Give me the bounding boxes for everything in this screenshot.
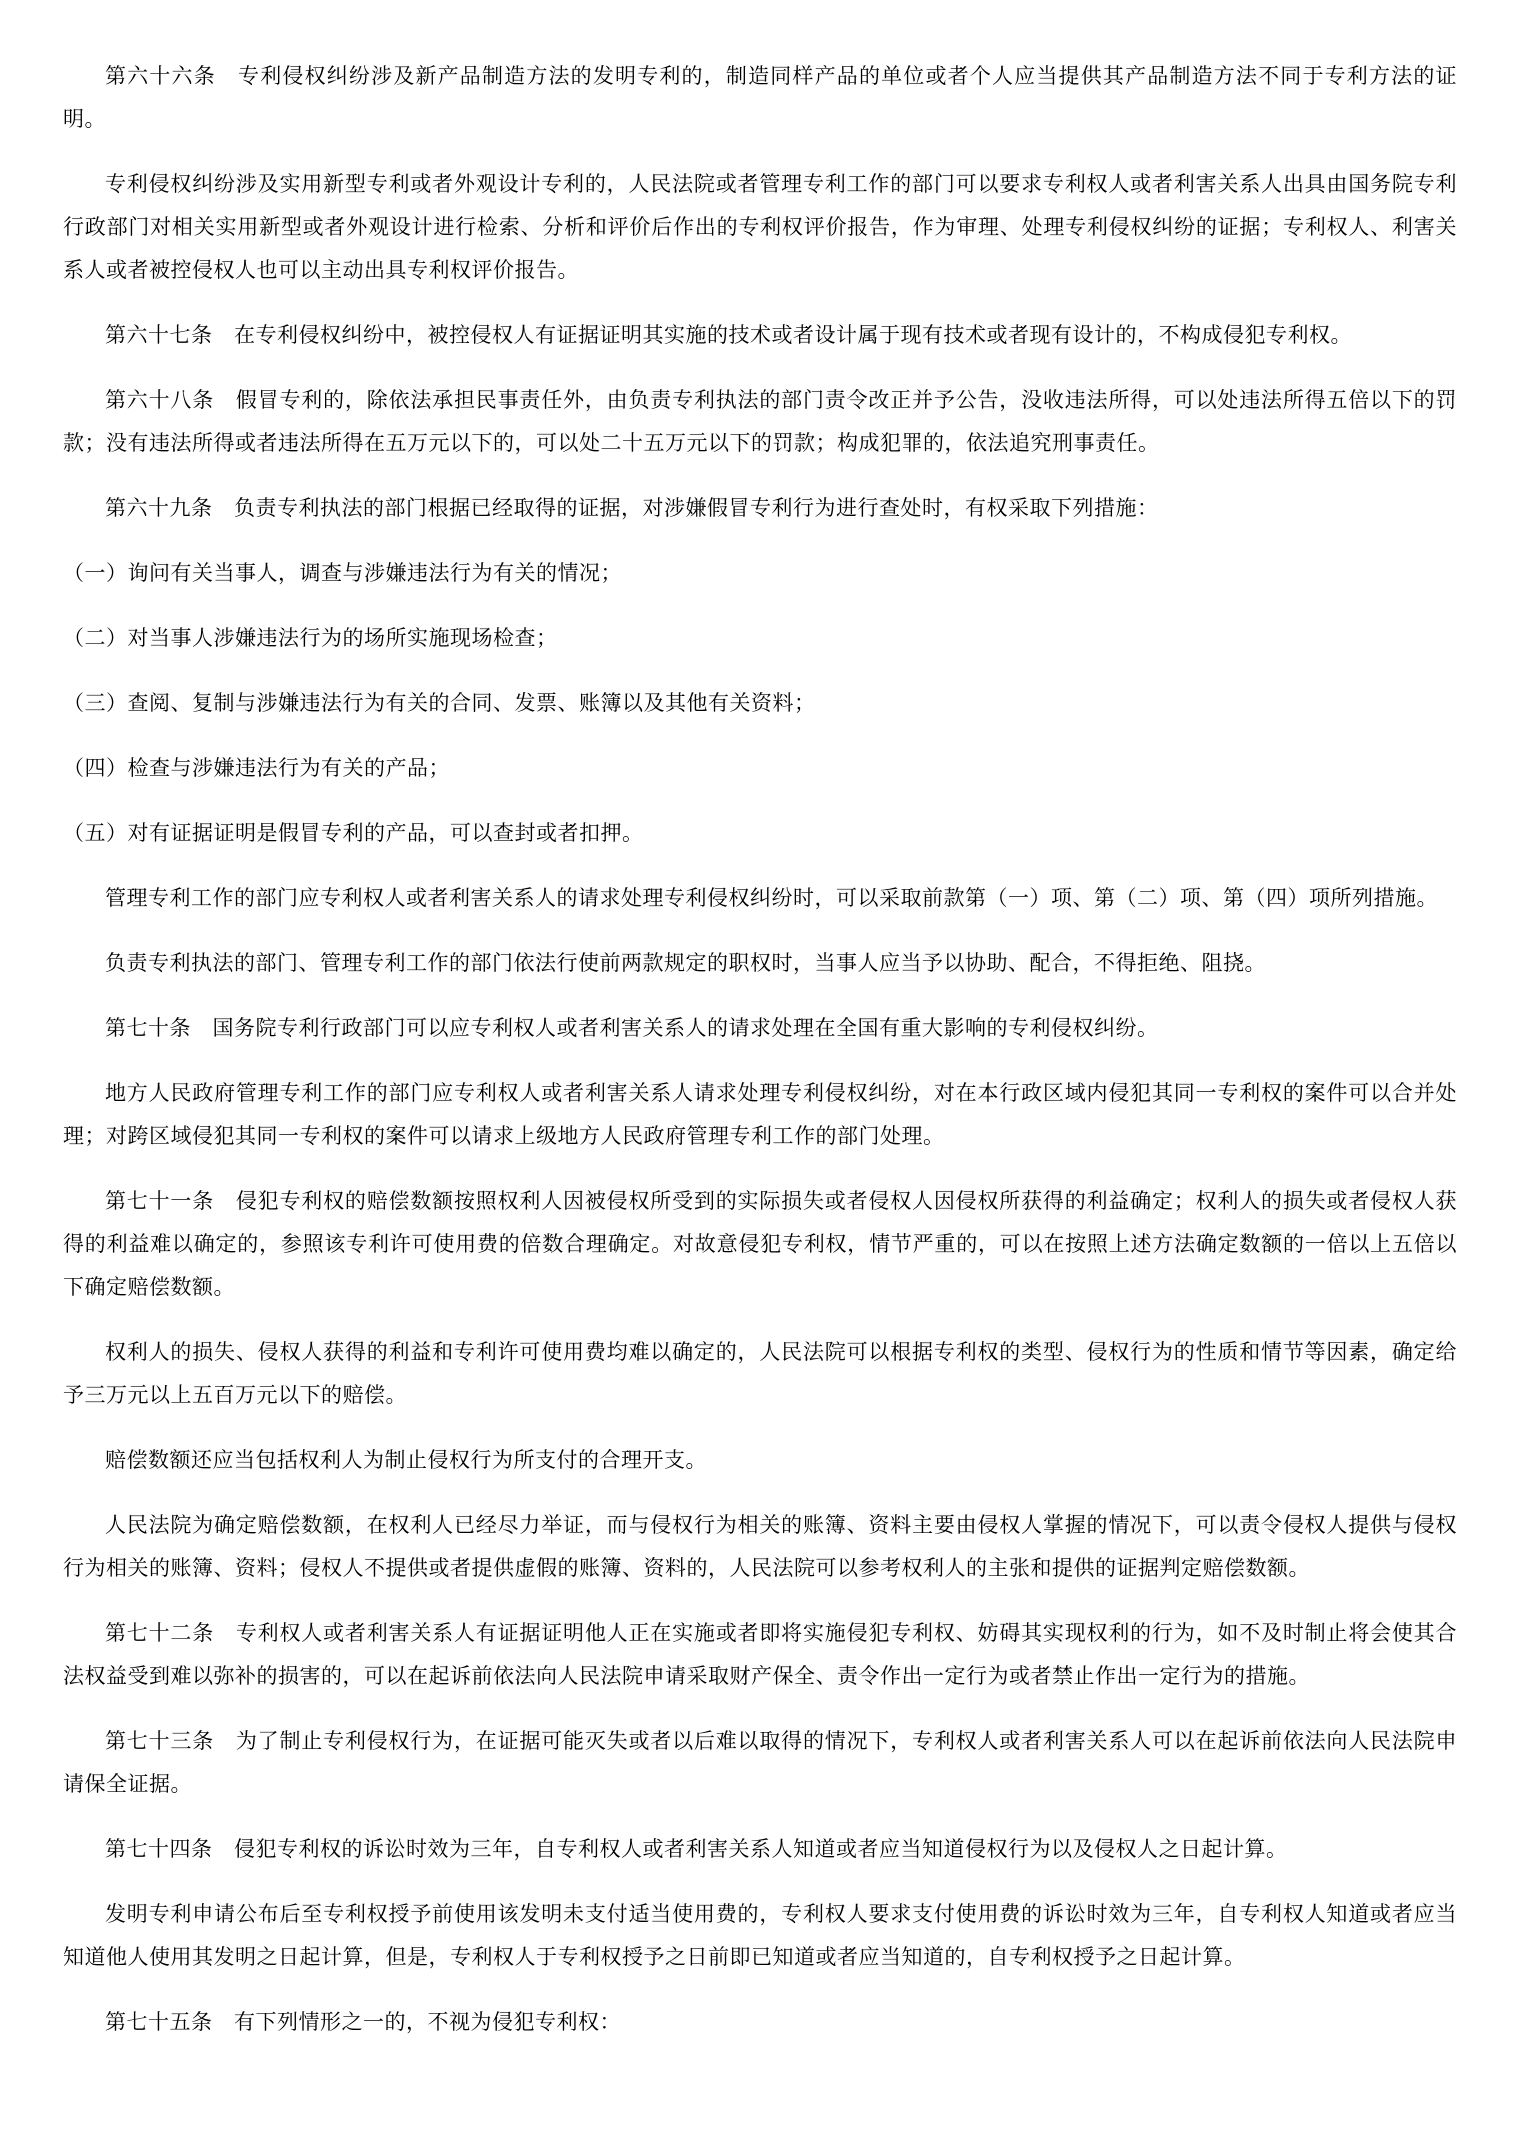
paragraph: 赔偿数额还应当包括权利人为制止侵权行为所支付的合理开支。 — [63, 1439, 1457, 1482]
list-item: （三）查阅、复制与涉嫌违法行为有关的合同、发票、账簿以及其他有关资料； — [63, 682, 1457, 725]
paragraph: 负责专利执法的部门、管理专利工作的部门依法行使前两款规定的职权时，当事人应当予以… — [63, 942, 1457, 985]
paragraph: 权利人的损失、侵权人获得的利益和专利许可使用费均难以确定的，人民法院可以根据专利… — [63, 1331, 1457, 1417]
document-body: 第六十六条 专利侵权纠纷涉及新产品制造方法的发明专利的，制造同样产品的单位或者个… — [63, 55, 1457, 2044]
paragraph: 地方人民政府管理专利工作的部门应专利权人或者利害关系人请求处理专利侵权纠纷，对在… — [63, 1072, 1457, 1158]
paragraph: 第七十一条 侵犯专利权的赔偿数额按照权利人因被侵权所受到的实际损失或者侵权人因侵… — [63, 1180, 1457, 1309]
paragraph: 管理专利工作的部门应专利权人或者利害关系人的请求处理专利侵权纠纷时，可以采取前款… — [63, 877, 1457, 920]
paragraph: 第七十二条 专利权人或者利害关系人有证据证明他人正在实施或者即将实施侵犯专利权、… — [63, 1612, 1457, 1698]
paragraph: 第七十条 国务院专利行政部门可以应专利权人或者利害关系人的请求处理在全国有重大影… — [63, 1007, 1457, 1050]
paragraph: 第七十四条 侵犯专利权的诉讼时效为三年，自专利权人或者利害关系人知道或者应当知道… — [63, 1828, 1457, 1871]
list-item: （五）对有证据证明是假冒专利的产品，可以查封或者扣押。 — [63, 812, 1457, 855]
list-item: （二）对当事人涉嫌违法行为的场所实施现场检查； — [63, 617, 1457, 660]
paragraph: 人民法院为确定赔偿数额，在权利人已经尽力举证，而与侵权行为相关的账簿、资料主要由… — [63, 1504, 1457, 1590]
paragraph: 第六十六条 专利侵权纠纷涉及新产品制造方法的发明专利的，制造同样产品的单位或者个… — [63, 55, 1457, 141]
paragraph: 第七十五条 有下列情形之一的，不视为侵犯专利权： — [63, 2001, 1457, 2044]
paragraph: 第六十九条 负责专利执法的部门根据已经取得的证据，对涉嫌假冒专利行为进行查处时，… — [63, 487, 1457, 530]
document-page: 第六十六条 专利侵权纠纷涉及新产品制造方法的发明专利的，制造同样产品的单位或者个… — [0, 0, 1520, 2150]
paragraph: 第七十三条 为了制止专利侵权行为，在证据可能灭失或者以后难以取得的情况下，专利权… — [63, 1720, 1457, 1806]
paragraph: 专利侵权纠纷涉及实用新型专利或者外观设计专利的，人民法院或者管理专利工作的部门可… — [63, 163, 1457, 292]
paragraph: 第六十八条 假冒专利的，除依法承担民事责任外，由负责专利执法的部门责令改正并予公… — [63, 379, 1457, 465]
list-item: （一）询问有关当事人，调查与涉嫌违法行为有关的情况； — [63, 552, 1457, 595]
list-item: （四）检查与涉嫌违法行为有关的产品； — [63, 747, 1457, 790]
paragraph: 第六十七条 在专利侵权纠纷中，被控侵权人有证据证明其实施的技术或者设计属于现有技… — [63, 314, 1457, 357]
paragraph: 发明专利申请公布后至专利权授予前使用该发明未支付适当使用费的，专利权人要求支付使… — [63, 1893, 1457, 1979]
